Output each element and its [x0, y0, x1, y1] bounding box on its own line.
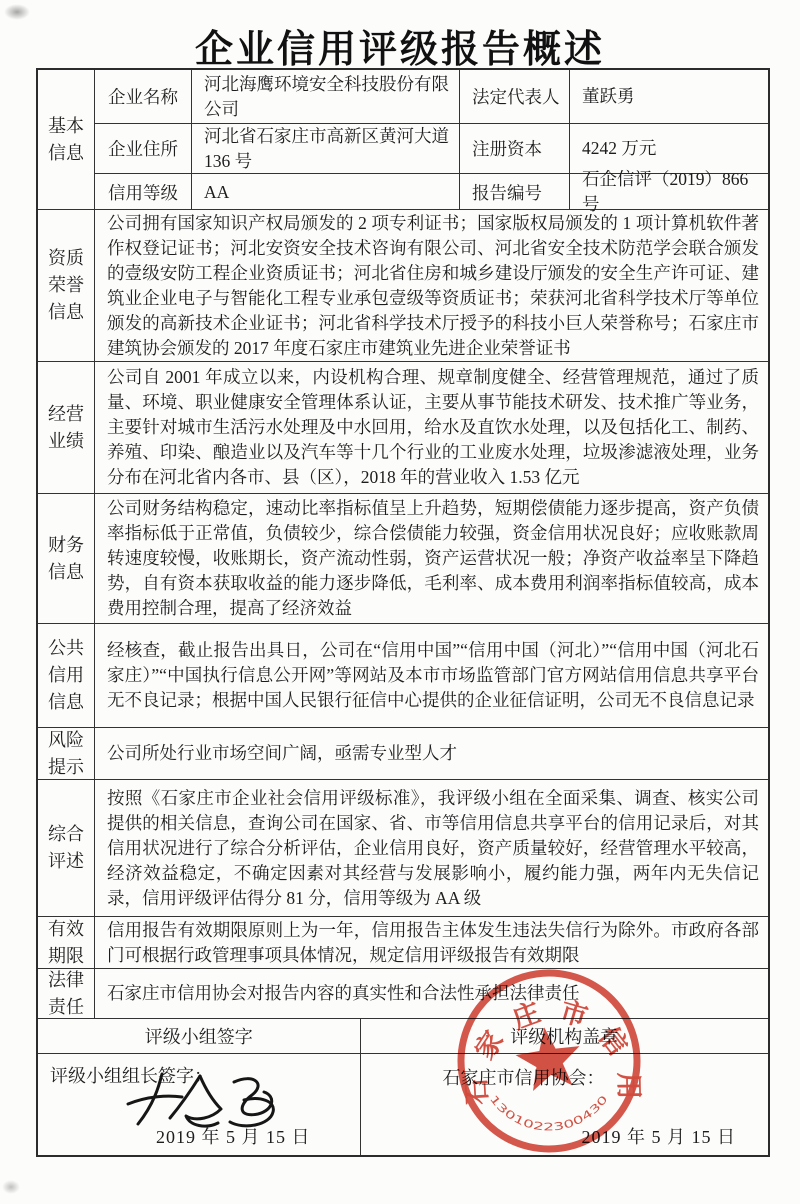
field-label-registered-capital: 注册资本: [460, 124, 570, 173]
section-content: 公司拥有国家知识产权局颁发的 2 项专利证书；国家版权局颁发的 1 项计算机软件…: [95, 210, 768, 361]
section-content: 公司财务结构稳定，速动比率指标值呈上升趋势，短期偿债能力逐步提高，资产负债率指标…: [95, 494, 768, 623]
section-text: 公司所处行业市场空间广阔，亟需专业型人才: [107, 741, 457, 766]
section-overall-review: 综合评述 按照《石家庄市企业社会信用评级标准》，我评级小组在全面采集、调查、核实…: [38, 780, 768, 917]
section-label: 法律责任: [38, 969, 95, 1018]
section-public-credit: 公共信用信息 经核查，截止报告出具日，公司在“信用中国”“信用中国（河北）”“信…: [38, 624, 768, 728]
section-label: 经营业绩: [38, 362, 95, 493]
value-report-number: 石企信评（2019）866 号: [570, 174, 768, 210]
section-validity-period: 有效期限 信用报告有效期限原则上为一年，信用报告主体发生违法失信行为除外。市政府…: [38, 917, 768, 969]
field-label-address: 企业住所: [95, 124, 192, 173]
signature-block-row: 评级小组组长签字： 2019 年 5 月 15 日 石家庄市信用协会： 2019…: [38, 1054, 768, 1155]
team-leader-signature-cell: 评级小组组长签字： 2019 年 5 月 15 日: [38, 1054, 361, 1155]
section-legal-responsibility: 法律责任 石家庄市信用协会对报告内容的真实性和合法性承担法律责任: [38, 969, 768, 1019]
section-business-performance: 经营业绩 公司自 2001 年成立以来，内设机构合理、规章制度健全、经营管理规范…: [38, 362, 768, 494]
section-text: 公司自 2001 年成立以来，内设机构合理、规章制度健全、经营管理规范，通过了质…: [107, 365, 759, 490]
section-content: 按照《石家庄市企业社会信用评级标准》，我评级小组在全面采集、调查、核实公司提供的…: [95, 780, 768, 916]
section-qualifications: 资质荣誉信息 公司拥有国家知识产权局颁发的 2 项专利证书；国家版权局颁发的 1…: [38, 210, 768, 362]
section-label: 资质荣誉信息: [38, 210, 95, 361]
value-company-name: 河北海鹰环境安全科技股份有限公司: [192, 70, 460, 123]
table-row: 信用等级 AA 报告编号 石企信评（2019）866 号: [95, 174, 768, 210]
field-label-report-number: 报告编号: [460, 174, 570, 210]
section-text: 按照《石家庄市企业社会信用评级标准》，我评级小组在全面采集、调查、核实公司提供的…: [107, 786, 759, 911]
section-label: 风险提示: [38, 728, 95, 779]
basic-info-section: 基本信息 企业名称 河北海鹰环境安全科技股份有限公司 法定代表人 董跃勇 企业住…: [38, 70, 768, 210]
section-content: 公司自 2001 年成立以来，内设机构合理、规章制度健全、经营管理规范，通过了质…: [95, 362, 768, 493]
section-content: 信用报告有效期限原则上为一年，信用报告主体发生违法失信行为除外。市政府各部门可根…: [95, 917, 768, 968]
handwritten-signature: [126, 1068, 286, 1130]
field-label-company-name: 企业名称: [95, 70, 192, 123]
rating-team-signature-header: 评级小组签字: [38, 1019, 361, 1053]
section-content: 经核查，截止报告出具日，公司在“信用中国”“信用中国（河北）”“信用中国（河北石…: [95, 624, 768, 727]
section-label: 财务信息: [38, 494, 95, 623]
table-row: 企业名称 河北海鹰环境安全科技股份有限公司 法定代表人 董跃勇: [95, 70, 768, 124]
section-text: 公司财务结构稳定，速动比率指标值呈上升趋势，短期偿债能力逐步提高，资产负债率指标…: [107, 496, 759, 621]
team-signature-date: 2019 年 5 月 15 日: [156, 1123, 311, 1149]
section-label: 有效期限: [38, 917, 95, 968]
section-text: 经核查，截止报告出具日，公司在“信用中国”“信用中国（河北）”“信用中国（河北石…: [107, 638, 759, 713]
basic-info-label: 基本信息: [38, 70, 95, 209]
value-address: 河北省石家庄市高新区黄河大道 136 号: [192, 124, 460, 173]
basic-info-grid: 企业名称 河北海鹰环境安全科技股份有限公司 法定代表人 董跃勇 企业住所 河北省…: [95, 70, 768, 209]
field-label-legal-rep: 法定代表人: [460, 70, 570, 123]
value-credit-grade: AA: [192, 174, 460, 210]
section-label: 综合评述: [38, 780, 95, 916]
signature-header-row: 评级小组签字 评级机构盖章: [38, 1019, 768, 1054]
page-title: 企业信用评级报告概述: [0, 18, 800, 73]
credit-report-table: 基本信息 企业名称 河北海鹰环境安全科技股份有限公司 法定代表人 董跃勇 企业住…: [36, 68, 770, 1157]
section-text: 公司拥有国家知识产权局颁发的 2 项专利证书；国家版权局颁发的 1 项计算机软件…: [107, 211, 759, 361]
value-legal-rep: 董跃勇: [570, 70, 768, 123]
field-label-credit-grade: 信用等级: [95, 174, 192, 210]
section-text: 信用报告有效期限原则上为一年，信用报告主体发生违法失信行为除外。市政府各部门可根…: [107, 918, 759, 968]
scanned-report-page: 企业信用评级报告概述 基本信息 企业名称 河北海鹰环境安全科技股份有限公司 法定…: [0, 0, 800, 1204]
value-registered-capital: 4242 万元: [570, 124, 768, 173]
section-text: 石家庄市信用协会对报告内容的真实性和合法性承担法律责任: [107, 981, 580, 1006]
section-financial-info: 财务信息 公司财务结构稳定，速动比率指标值呈上升趋势，短期偿债能力逐步提高，资产…: [38, 494, 768, 624]
rating-agency-seal-header: 评级机构盖章: [361, 1019, 769, 1053]
section-risk-warning: 风险提示 公司所处行业市场空间广阔，亟需专业型人才: [38, 728, 768, 780]
scan-smudge: [2, 1180, 20, 1194]
section-label: 公共信用信息: [38, 624, 95, 727]
agency-seal-cell: 石家庄市信用协会： 2019 年 5 月 15 日: [361, 1054, 769, 1155]
agency-seal-date: 2019 年 5 月 15 日: [582, 1123, 737, 1149]
section-content: 石家庄市信用协会对报告内容的真实性和合法性承担法律责任: [95, 969, 768, 1018]
agency-name-label: 石家庄市信用协会：: [443, 1064, 605, 1090]
section-content: 公司所处行业市场空间广阔，亟需专业型人才: [95, 728, 768, 779]
